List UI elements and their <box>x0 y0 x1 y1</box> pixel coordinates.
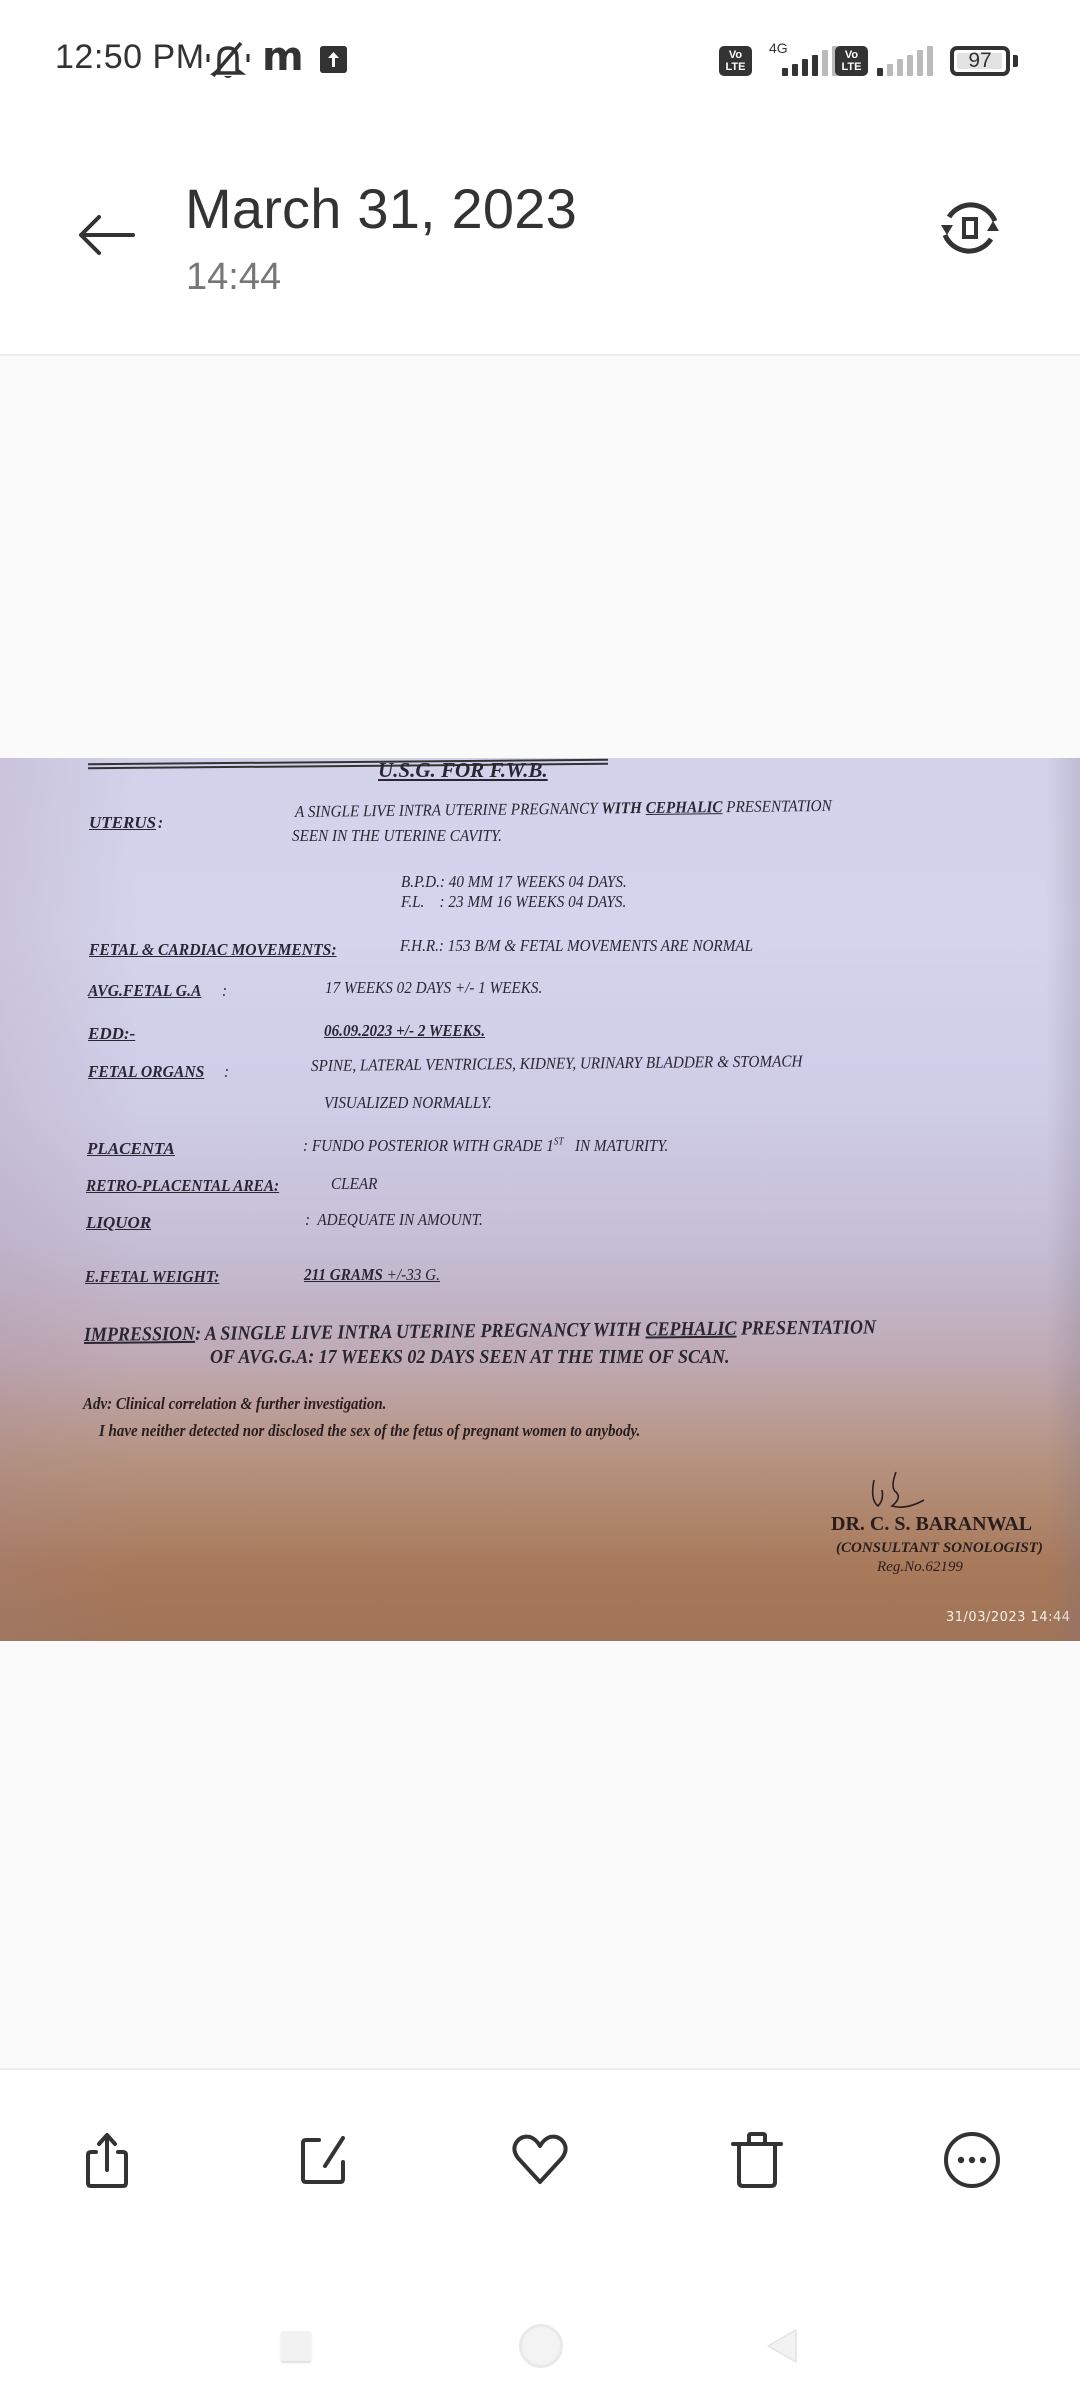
fetal-organs-value-line2: VISUALIZED NORMALLY. <box>324 1093 492 1113</box>
signal-bar <box>877 68 883 76</box>
fetal-weight-value: 211 GRAMS +/-33 G. <box>304 1265 440 1285</box>
doctor-role: (CONSULTANT SONOLOGIST) <box>836 1540 1043 1557</box>
retro-placental-value: CLEAR <box>331 1174 377 1194</box>
mute-bell-icon <box>205 40 251 80</box>
volte-badge-sim1: VoLTE <box>719 46 752 76</box>
auto-rotate-button[interactable] <box>930 188 1010 268</box>
fetal-cardiac-value: F.H.R.: 153 B/M & FETAL MOVEMENTS ARE NO… <box>400 936 753 956</box>
photo-time-subtitle: 14:44 <box>186 256 281 299</box>
avg-fetal-ga-colon: : <box>222 981 227 1001</box>
more-options-icon <box>942 2130 1002 2190</box>
fetal-weight-label: E.FETAL WEIGHT: <box>85 1267 219 1287</box>
avg-fetal-ga-label: AVG.FETAL G.A <box>88 981 201 1001</box>
signal-bar <box>802 59 808 76</box>
advice-text: Adv: Clinical correlation & further inve… <box>83 1394 386 1414</box>
system-nav-bar <box>0 2288 1080 2400</box>
signal-bar <box>822 50 828 76</box>
trash-icon <box>729 2130 785 2190</box>
ultrasound-report: U.S.G. FOR F.W.B. UTERUS : A SINGLE LIVE… <box>0 758 1080 1641</box>
status-time: 12:50 PM <box>55 38 205 77</box>
fetal-organs-label: FETAL ORGANS <box>88 1062 204 1082</box>
liquor-value: : ADEQUATE IN AMOUNT. <box>305 1210 483 1230</box>
declaration-text: I have neither detected nor disclosed th… <box>99 1421 640 1441</box>
fetal-organs-value-line1: SPINE, LATERAL VENTRICLES, KIDNEY, URINA… <box>311 1051 803 1076</box>
avg-fetal-ga-value: 17 WEEKS 02 DAYS +/- 1 WEEKS. <box>325 978 542 998</box>
placenta-label: PLACENTA <box>87 1139 175 1159</box>
document-photo[interactable]: U.S.G. FOR F.W.B. UTERUS : A SINGLE LIVE… <box>0 758 1080 1641</box>
volte-badge-sim2: VoLTE <box>835 46 868 76</box>
auto-rotate-icon <box>937 195 1003 261</box>
uterus-label: UTERUS <box>89 813 156 833</box>
doctor-name: DR. C. S. BARANWAL <box>831 1513 1032 1536</box>
photo-viewer[interactable]: U.S.G. FOR F.W.B. UTERUS : A SINGLE LIVE… <box>0 358 1080 2068</box>
heart-icon <box>510 2132 570 2188</box>
report-heading: U.S.G. FOR F.W.B. <box>378 758 548 783</box>
signal-sim1-icon <box>782 44 838 76</box>
fetal-cardiac-label: FETAL & CARDIAC MOVEMENTS: <box>89 940 337 960</box>
signal-bar <box>812 55 818 77</box>
home-circle-icon <box>519 2324 563 2368</box>
signal-bar <box>917 50 923 76</box>
status-bar: 12:50 PM m VoLTE 4G VoLTE 97 <box>0 0 1080 120</box>
edit-icon <box>295 2132 351 2188</box>
impression-line1: IMPRESSION: A SINGLE LIVE INTRA UTERINE … <box>84 1316 876 1347</box>
uterus-value-line2: SEEN IN THE UTERINE CAVITY. <box>292 826 502 846</box>
home-button[interactable] <box>511 2316 571 2376</box>
battery-icon: 97 <box>950 46 1010 76</box>
edit-button[interactable] <box>283 2120 363 2200</box>
fetal-organs-colon: : <box>224 1062 229 1082</box>
delete-button[interactable] <box>717 2120 797 2200</box>
m-app-icon: m <box>262 34 304 80</box>
battery-percent: 97 <box>954 49 1006 73</box>
viewer-header: March 31, 2023 14:44 <box>0 120 1080 356</box>
arrow-left-icon <box>77 213 137 257</box>
uterus-value-line1: A SINGLE LIVE INTRA UTERINE PREGNANCY WI… <box>295 796 832 822</box>
signal-bar <box>792 64 798 77</box>
favorite-button[interactable] <box>500 2120 580 2200</box>
recents-button[interactable] <box>266 2316 326 2376</box>
upload-icon <box>320 46 347 73</box>
signal-bar <box>782 68 788 76</box>
nav-back-button[interactable] <box>752 2316 812 2376</box>
back-button[interactable] <box>62 190 152 280</box>
back-triangle-icon <box>764 2326 800 2366</box>
fl-value: F.L. : 23 MM 16 WEEKS 04 DAYS. <box>401 892 626 912</box>
signal-bar <box>887 64 893 77</box>
signal-bar <box>907 55 913 77</box>
more-options-button[interactable] <box>932 2120 1012 2200</box>
signal-sim2-icon <box>877 44 933 76</box>
edd-value: 06.09.2023 +/- 2 WEEKS. <box>324 1021 485 1041</box>
bpd-value: B.P.D.: 40 MM 17 WEEKS 04 DAYS. <box>401 872 627 892</box>
recents-square-icon <box>281 2331 311 2361</box>
retro-placental-label: RETRO-PLACENTAL AREA: <box>86 1176 279 1196</box>
battery-tip <box>1013 55 1018 67</box>
photo-timestamp-stamp: 31/03/2023 14:44 <box>946 1610 1071 1625</box>
uterus-colon: : <box>158 813 163 833</box>
doctor-registration: Reg.No.62199 <box>877 1559 963 1576</box>
share-icon <box>79 2130 135 2190</box>
liquor-label: LIQUOR <box>86 1213 151 1233</box>
signal-bar <box>927 46 933 77</box>
share-button[interactable] <box>67 2120 147 2200</box>
bottom-toolbar <box>0 2068 1080 2288</box>
placenta-value: : FUNDO POSTERIOR WITH GRADE 1ST IN MATU… <box>303 1136 668 1156</box>
edd-label: EDD:- <box>88 1024 135 1044</box>
signal-bar <box>897 59 903 76</box>
photo-date-title: March 31, 2023 <box>185 176 577 241</box>
impression-line2: OF AVG.G.A: 17 WEEKS 02 DAYS SEEN AT THE… <box>210 1346 729 1369</box>
